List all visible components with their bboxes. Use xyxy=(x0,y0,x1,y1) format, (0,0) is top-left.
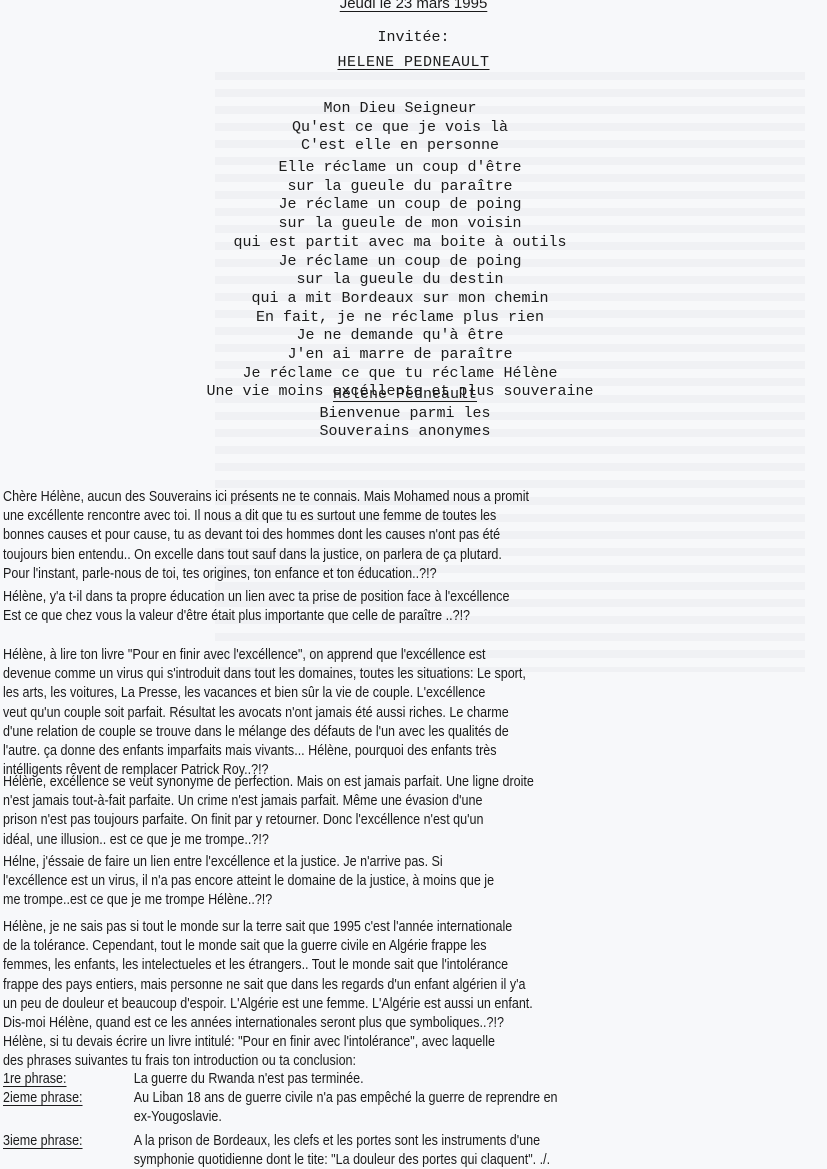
poem-line: sur la gueule du destin xyxy=(0,271,800,290)
document-page: Jeudi le 23 mars 1995 Invitée: HELENE PE… xyxy=(0,0,827,1169)
signature-name: Hélène Pedneault xyxy=(0,386,810,405)
invitee-label: Invitée: xyxy=(0,29,827,46)
phrase-item: 2ieme phrase: Au Liban 18 ans de guerre … xyxy=(3,1089,824,1127)
phrase-text: Au Liban 18 ans de guerre civile n'a pas… xyxy=(134,1089,825,1127)
poem-line: Je réclame un coup de poing xyxy=(0,253,800,272)
poem-stanza-1: Mon Dieu Seigneur Qu'est ce que je vois … xyxy=(0,100,800,156)
poem-line: Qu'est ce que je vois là xyxy=(0,119,800,138)
signature-line: Bienvenue parmi les xyxy=(0,405,810,424)
poem-line: Elle réclame un coup d'être xyxy=(0,159,800,178)
poem-line: Je réclame ce que tu réclame Hélène xyxy=(0,365,800,384)
phrase-list: 1re phrase: La guerre du Rwanda n'est pa… xyxy=(3,1070,824,1169)
poem-line: Je ne demande qu'à être xyxy=(0,327,800,346)
poem-line: Mon Dieu Seigneur xyxy=(0,100,800,119)
paragraph-intro: Chère Hélène, aucun des Souverains ici p… xyxy=(3,488,824,584)
poem-line: qui a mit Bordeaux sur mon chemin xyxy=(0,290,800,309)
signature-block: Hélène Pedneault Bienvenue parmi les Sou… xyxy=(0,386,810,442)
paragraph-intolerance-book: Hélène, si tu devais écrire un livre int… xyxy=(3,1033,824,1071)
phrase-item: 3ieme phrase: A la prison de Bordeaux, l… xyxy=(3,1132,824,1169)
poem-line: C'est elle en personne xyxy=(0,137,800,156)
poem-line: sur la gueule du paraître xyxy=(0,178,800,197)
phrase-item: 1re phrase: La guerre du Rwanda n'est pa… xyxy=(3,1070,824,1089)
poem-line: qui est partit avec ma boite à outils xyxy=(0,234,800,253)
poem-line: Je réclame un coup de poing xyxy=(0,196,800,215)
paragraph-tolerance: Hélène, je ne sais pas si tout le monde … xyxy=(3,918,824,1033)
paragraph-education: Hélène, y'a t-il dans ta propre éducatio… xyxy=(3,588,824,626)
signature-line: Souverains anonymes xyxy=(0,423,810,442)
invitee-name: HELENE PEDNEAULT xyxy=(0,54,827,71)
poem-line: J'en ai marre de paraître xyxy=(0,346,800,365)
paragraph-justice: Hélne, j'éssaie de faire un lien entre l… xyxy=(3,853,824,911)
date-heading: Jeudi le 23 mars 1995 xyxy=(0,0,827,12)
paragraph-book-excellence: Hélène, à lire ton livre "Pour en finir … xyxy=(3,646,824,780)
phrase-label: 1re phrase: xyxy=(3,1070,134,1089)
phrase-text: A la prison de Bordeaux, les clefs et le… xyxy=(134,1132,825,1169)
paragraph-perfection: Hélène, excéllence se veut synonyme de p… xyxy=(3,773,824,850)
poem-line: sur la gueule de mon voisin xyxy=(0,215,800,234)
phrase-label: 2ieme phrase: xyxy=(3,1089,134,1127)
phrase-text: La guerre du Rwanda n'est pas terminée. xyxy=(134,1070,825,1089)
poem-line: En fait, je ne réclame plus rien xyxy=(0,309,800,328)
phrase-label: 3ieme phrase: xyxy=(3,1132,134,1169)
poem-stanza-2: Elle réclame un coup d'être sur la gueul… xyxy=(0,159,800,402)
